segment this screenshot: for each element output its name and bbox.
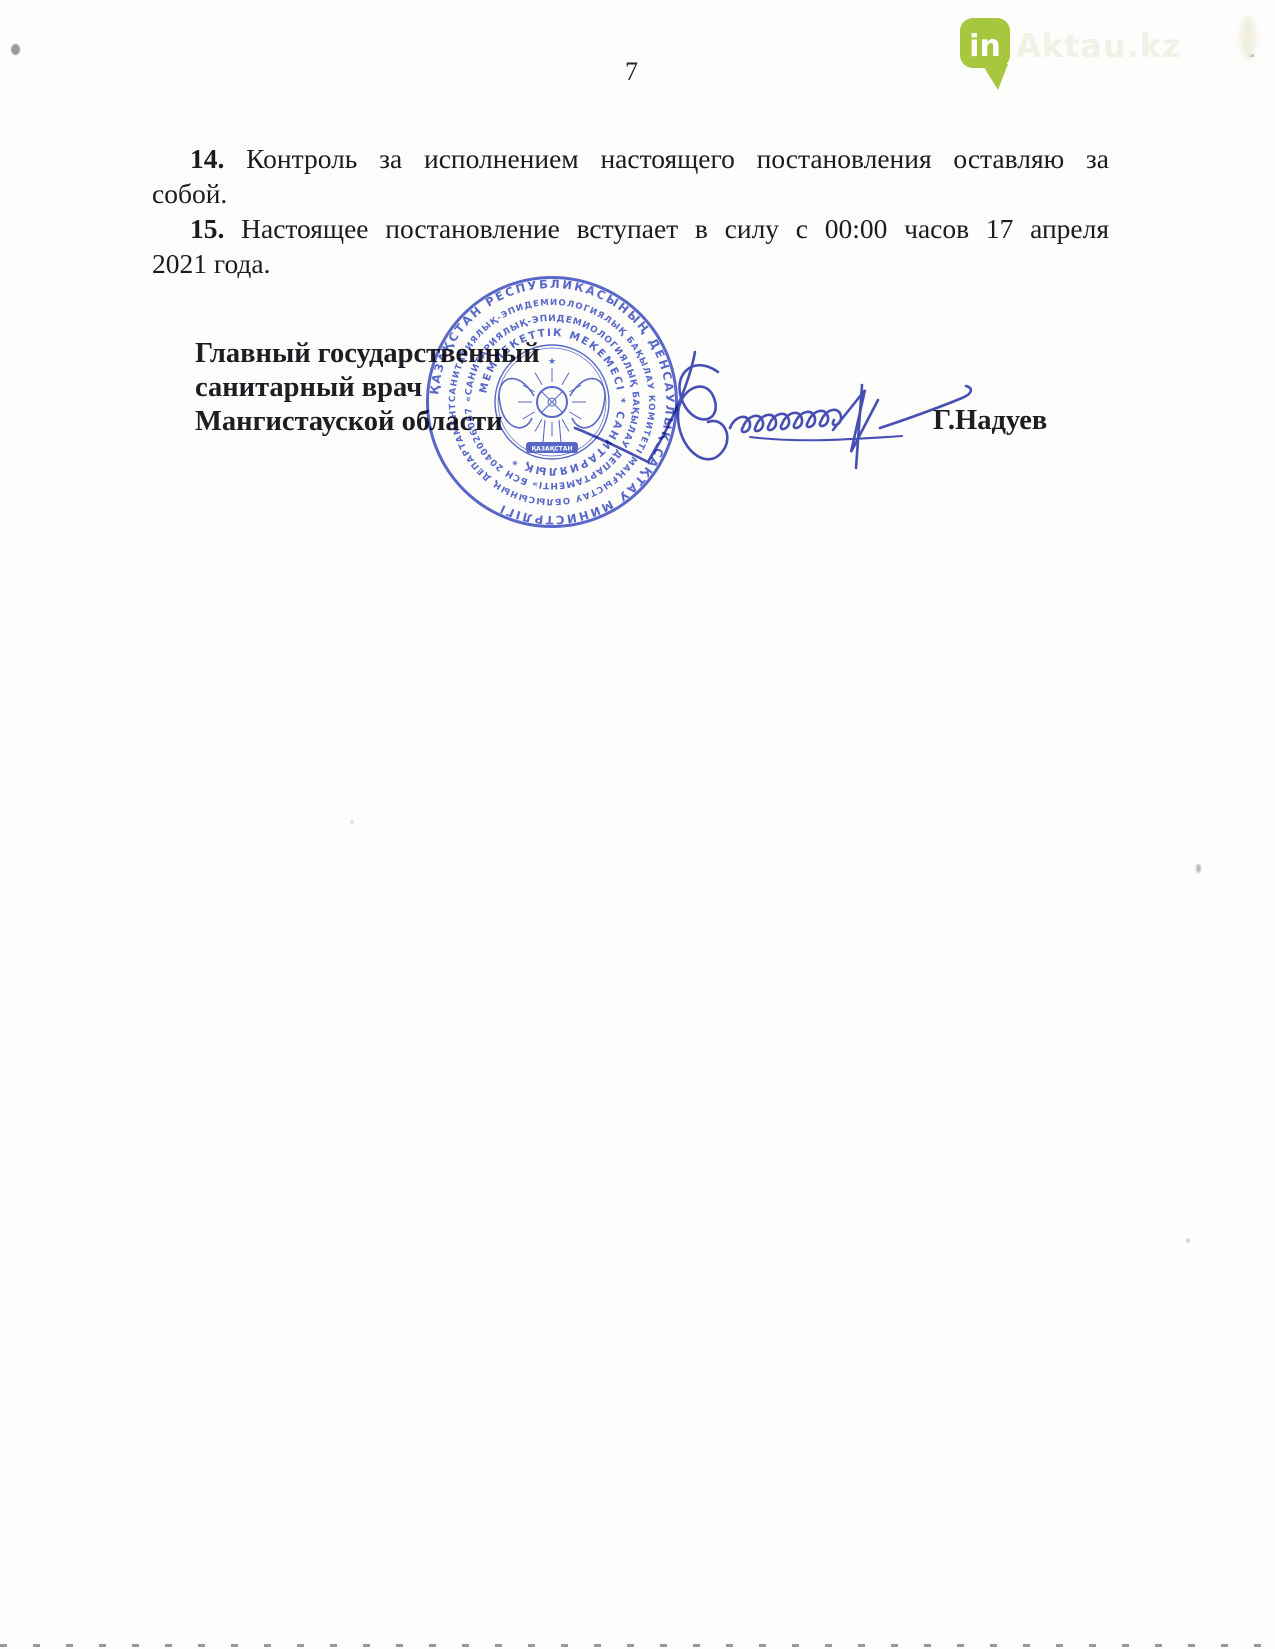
paragraph-number: 14. <box>190 143 224 174</box>
text-line-content: Настоящее постановление вступает в силу … <box>241 213 1109 244</box>
page-number: 7 <box>0 57 1263 87</box>
paragraph-15: 15. Настоящее постановление вступает в с… <box>152 211 1109 281</box>
scan-speck <box>350 820 354 824</box>
document-text: 14. Контроль за исполнением настоящего п… <box>152 141 1109 281</box>
text-line: 15. Настоящее постановление вступает в с… <box>152 211 1109 246</box>
scan-edge-ticks <box>0 1644 1275 1647</box>
scan-speck <box>1186 1238 1190 1243</box>
signer-name: Г.Надуев <box>933 405 1047 437</box>
scan-speck <box>11 44 20 55</box>
paragraph-14: 14. Контроль за исполнением настоящего п… <box>152 141 1109 211</box>
text-line: собой. <box>152 176 1109 211</box>
handwritten-signature <box>560 340 980 480</box>
scan-speck <box>1240 16 1256 60</box>
emblem-star-icon: ★ <box>548 357 556 367</box>
paragraph-number: 15. <box>190 213 224 244</box>
text-line: 14. Контроль за исполнением настоящего п… <box>152 141 1109 176</box>
scan-speck <box>1196 864 1201 873</box>
text-line-content: Контроль за исполнением настоящего поста… <box>246 143 1109 174</box>
